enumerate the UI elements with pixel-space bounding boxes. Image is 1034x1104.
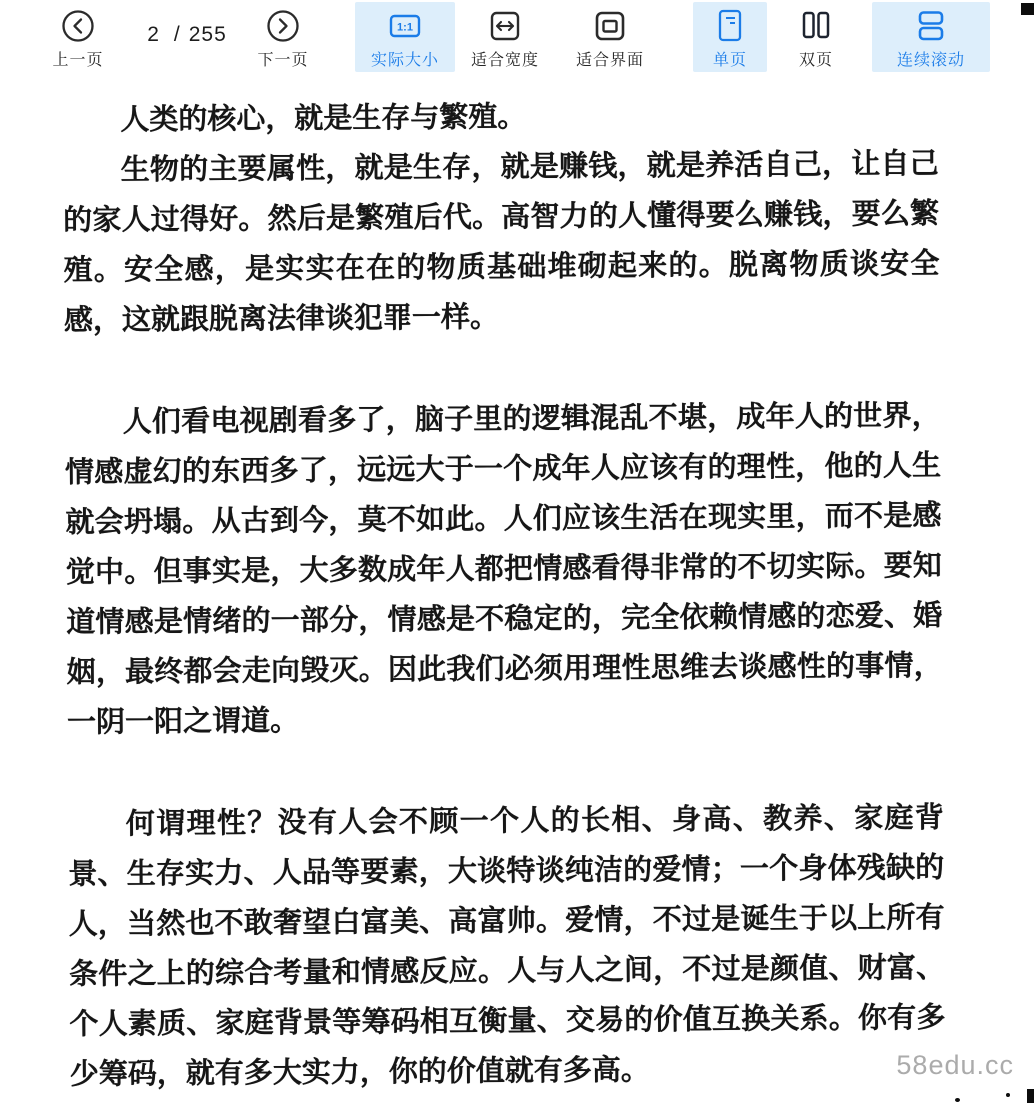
document-page-content: 人类的核心，就是生存与繁殖。 生物的主要属性，就是生存，就是赚钱，就是养活自己，… — [0, 70, 1034, 1100]
page-indicator[interactable]: 2 / 255 — [132, 20, 242, 50]
circle-chevron-left-icon — [58, 6, 98, 46]
continuous-scroll-button[interactable]: 连续滚动 — [872, 2, 990, 72]
scrollbar-artifact-top — [1021, 3, 1034, 15]
prev-page-label: 上一页 — [52, 47, 103, 70]
current-page-number[interactable]: 2 — [147, 23, 160, 47]
one-to-one-icon: 1:1 — [385, 6, 425, 46]
prev-page-button[interactable]: 上一页 — [44, 2, 112, 72]
single-page-icon — [710, 6, 750, 46]
scan-artifact-dot — [1006, 1093, 1010, 1097]
continuous-scroll-label: 连续滚动 — [897, 47, 965, 70]
fit-page-button[interactable]: 适合界面 — [568, 2, 652, 72]
paragraph-1: 人类的核心，就是生存与繁殖。 — [62, 89, 938, 146]
pdf-reader-toolbar: 上一页 2 / 255 下一页 1:1 实际大小 — [0, 0, 1034, 78]
watermark-text: 58edu.cc — [896, 1050, 1014, 1081]
next-page-label: 下一页 — [257, 47, 308, 70]
fit-page-label: 适合界面 — [576, 47, 644, 70]
paragraph-4: 何谓理性？没有人会不顾一个人的长相、身高、教养、家庭背景、生存实力、人品等要素，… — [68, 793, 946, 1100]
fit-width-label: 适合宽度 — [471, 47, 539, 70]
total-page-count: 255 — [189, 23, 227, 47]
horizontal-arrows-icon — [485, 6, 525, 46]
scan-artifact-bottom-bar — [1027, 1089, 1034, 1103]
circle-chevron-right-icon — [263, 6, 303, 46]
actual-size-button[interactable]: 1:1 实际大小 — [355, 2, 455, 72]
page-separator: / — [174, 23, 181, 47]
svg-text:1:1: 1:1 — [397, 22, 413, 34]
double-page-label: 双页 — [799, 47, 833, 70]
fit-width-button[interactable]: 适合宽度 — [463, 2, 547, 72]
paragraph-3: 人们看电视剧看多了，脑子里的逻辑混乱不堪，成年人的世界，情感虚幻的东西多了，远远… — [65, 391, 944, 748]
double-page-button[interactable]: 双页 — [779, 2, 853, 72]
frame-icon — [590, 6, 630, 46]
single-page-label: 单页 — [713, 47, 747, 70]
stacked-rows-icon — [911, 6, 951, 46]
paragraph-2: 生物的主要属性，就是生存，就是赚钱，就是养活自己，让自己的家人过得好。然后是繁殖… — [63, 139, 941, 346]
scan-artifact-dot — [955, 1098, 960, 1102]
next-page-button[interactable]: 下一页 — [249, 2, 317, 72]
single-page-button[interactable]: 单页 — [693, 2, 767, 72]
two-pages-icon — [796, 6, 836, 46]
actual-size-label: 实际大小 — [371, 47, 439, 70]
